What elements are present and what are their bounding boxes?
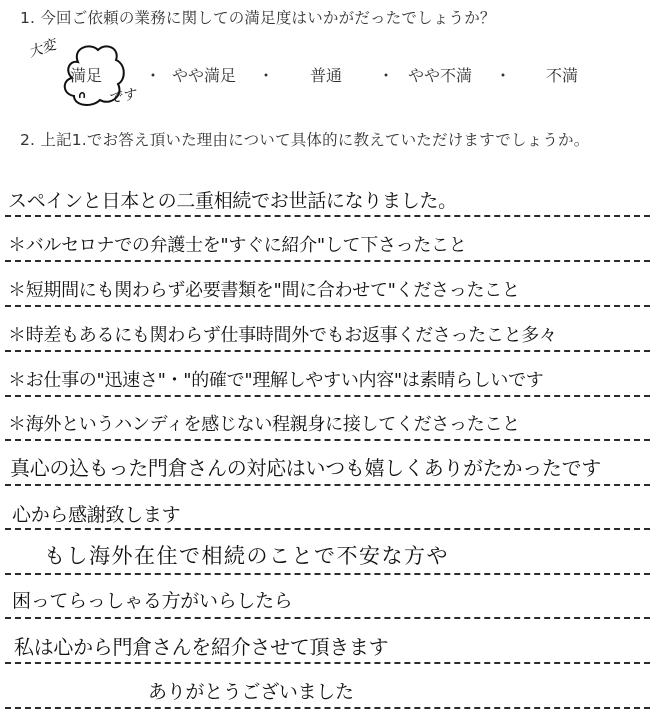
ruled-line xyxy=(5,350,650,352)
rating-option-neutral[interactable]: 普通 xyxy=(310,63,342,86)
rating-option-somewhat-dissatisfied[interactable]: やや不満 xyxy=(408,63,472,86)
answer-line: 困ってらっしゃる方がいらしたら xyxy=(12,586,293,613)
ruled-line xyxy=(5,617,650,619)
separator-dot: ・ xyxy=(145,63,161,86)
question-1: 1. 今回ご依頼の業務に関しての満足度はいかがだったでしょうか？ xyxy=(20,6,496,28)
answer-line: 真心の込もった門倉さんの対応はいつも嬉しくありがたかったです xyxy=(10,452,601,481)
answer-line: ＊海外というハンディを感じない程親身に接してくださったこと xyxy=(8,410,520,436)
ruled-line xyxy=(5,484,650,486)
separator-dot: ・ xyxy=(378,63,394,86)
ruled-line xyxy=(5,395,650,397)
ruled-line xyxy=(5,707,650,709)
ruled-line xyxy=(5,305,650,307)
ruled-line xyxy=(5,215,650,217)
answer-line: ＊短期間にも関わらず必要書類を"間に合わせて"くださったこと xyxy=(8,276,520,302)
ruled-line xyxy=(5,662,650,664)
question-2: 2. 上記1.でお答え頂いた理由について具体的に教えていただけますでしょうか。 xyxy=(20,128,589,150)
ruled-line xyxy=(5,260,650,262)
answer-line: ＊お仕事の"迅速さ"・"的確で"理解しやすい内容"は素晴らしいです xyxy=(8,366,544,392)
answer-line: 心から感謝致します xyxy=(12,500,180,527)
answer-line: ありがとうございました xyxy=(148,677,354,704)
separator-dot: ・ xyxy=(495,63,511,86)
separator-dot: ・ xyxy=(258,63,274,86)
answer-line: もし海外在住で相続のことで不安な方や xyxy=(44,540,449,570)
answer-line: スペインと日本との二重相続でお世話になりました。 xyxy=(8,186,457,213)
rating-option-satisfied[interactable]: 満足 xyxy=(70,63,102,86)
rating-option-somewhat-satisfied[interactable]: やや満足 xyxy=(172,63,236,86)
ruled-line xyxy=(5,573,650,575)
answer-line: ＊バルセロナでの弁護士を"すぐに紹介"して下さったこと xyxy=(8,231,466,257)
answer-line: 私は心から門倉さんを紹介させて頂きます xyxy=(14,631,388,660)
ruled-line xyxy=(5,528,650,530)
ruled-line xyxy=(5,439,650,441)
answer-line: ＊時差もあるにも関わらず仕事時間外でもお返事くださったこと多々 xyxy=(8,321,557,347)
rating-option-dissatisfied[interactable]: 不満 xyxy=(546,63,578,86)
